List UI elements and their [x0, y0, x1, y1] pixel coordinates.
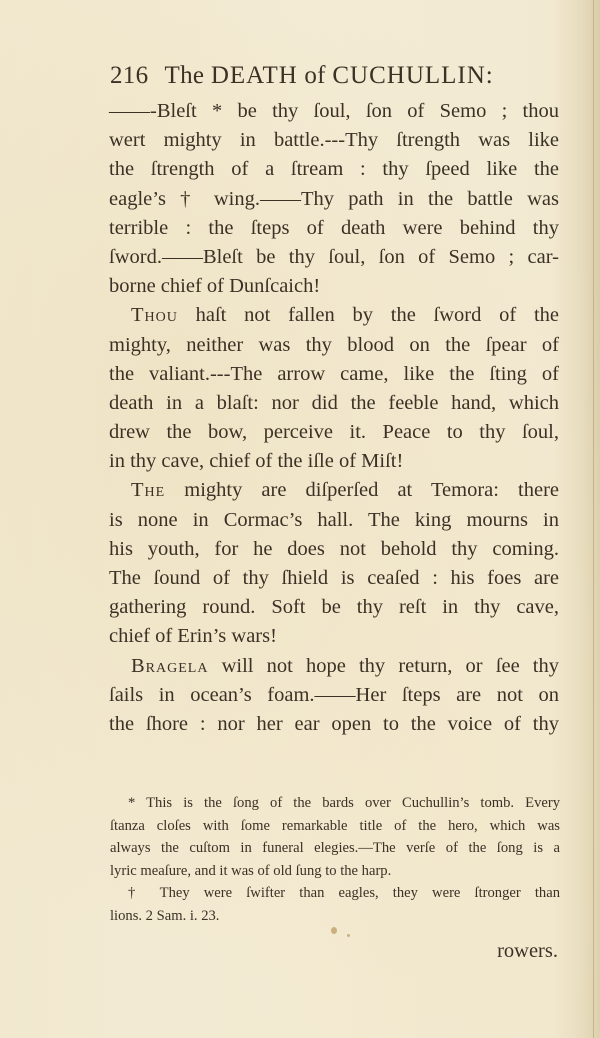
- text-line: ſails in ocean’s foam.——Her ſteps are no…: [109, 681, 559, 710]
- text-line: The ſound of thy ſhield is ceaſed : his …: [109, 564, 559, 593]
- ink-stain: [347, 934, 350, 937]
- text-line: drew the bow, perceive it. Peace to thy …: [109, 418, 559, 447]
- text-line: gathering round. Soft be thy reſt in thy…: [109, 593, 559, 622]
- body-text: ——-Bleſt * be thy ſoul, ſon of Semo ; th…: [109, 97, 559, 739]
- footnote-line: always the cuſtom in funeral elegies.—Th…: [110, 837, 560, 860]
- text-span: will not hope thy return, or ſee thy: [222, 655, 559, 677]
- paragraph-start: Bragela will not hope thy return, or ſee…: [109, 652, 559, 681]
- text-line: wert mighty in battle.---Thy ſtrength wa…: [109, 126, 559, 155]
- paragraph-start: Thou haſt not fallen by the ſword of the: [109, 301, 559, 330]
- footnotes: * This is the ſong of the bards over Cuc…: [110, 792, 560, 927]
- footnote-line: ſtanza cloſes with ſome remarkable title…: [110, 815, 560, 838]
- book-page: 216 The DEATH of CUCHULLIN: ——-Bleſt * b…: [0, 0, 600, 1038]
- text-line: mighty, neither was thy blood on the ſpe…: [109, 331, 559, 360]
- lead-word: Thou: [131, 304, 178, 326]
- text-span: haſt not fallen by the ſword of the: [196, 304, 559, 326]
- text-line: ——-Bleſt * be thy ſoul, ſon of Semo ; th…: [109, 97, 559, 126]
- text-line: death in a blaſt: nor did the feeble han…: [109, 389, 559, 418]
- running-head: 216 The DEATH of CUCHULLIN:: [110, 62, 560, 90]
- text-line: terrible : the ſteps of death were behin…: [109, 214, 559, 243]
- title-name: CUCHULLIN:: [332, 62, 493, 89]
- page-number: 216: [110, 62, 148, 89]
- text-line: his youth, for he does not behold thy co…: [109, 535, 559, 564]
- title-prefix: The: [165, 62, 205, 89]
- title-of: of: [304, 62, 325, 89]
- text-line: the valiant.---The arrow came, like the …: [109, 360, 559, 389]
- text-line: borne chief of Dunſcaich!: [109, 272, 559, 301]
- text-line: eagle’s † wing.——Thy path in the battle …: [109, 185, 559, 214]
- footnote-line: lions. 2 Sam. i. 23.: [110, 905, 560, 928]
- text-line: in thy cave, chief of the iſle of Miſt!: [109, 447, 559, 476]
- catchword: rowers.: [497, 940, 558, 963]
- footnote-line: † They were ſwifter than eagles, they we…: [110, 882, 560, 905]
- paragraph-start: The mighty are diſperſed at Temora: ther…: [109, 476, 559, 505]
- page-edge: [593, 0, 594, 1038]
- text-line: ſword.——Bleſt be thy ſoul, ſon of Semo ;…: [109, 243, 559, 272]
- lead-word: The: [131, 479, 165, 501]
- text-line: is none in Cormac’s hall. The king mourn…: [109, 506, 559, 535]
- text-span: mighty are diſperſed at Temora: there: [184, 479, 559, 501]
- text-line: the ſtrength of a ſtream : thy ſpeed lik…: [109, 155, 559, 184]
- text-line: chief of Erin’s wars!: [109, 622, 559, 651]
- footnote-line: * This is the ſong of the bards over Cuc…: [110, 792, 560, 815]
- ink-stain: [331, 927, 337, 934]
- lead-word: Bragela: [131, 655, 208, 677]
- footnote-line: lyric meaſure, and it was of old ſung to…: [110, 860, 560, 883]
- title-death: DEATH: [211, 62, 298, 89]
- text-line: the ſhore : nor her ear open to the voic…: [109, 710, 559, 739]
